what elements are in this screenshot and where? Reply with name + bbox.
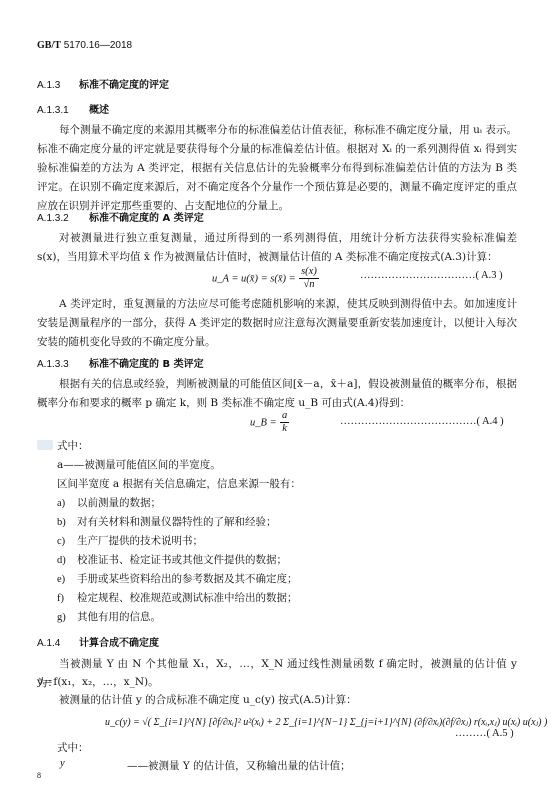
section-number: A.1.3.3 — [37, 359, 89, 370]
where-label: 式中： — [57, 740, 89, 755]
section-a14-heading: A.1.4计算合成不确定度 — [37, 634, 159, 649]
equation-a5: u_c(y) = √( Σ_{i=1}^{N} [∂f/∂xᵢ]² u²(xᵢ)… — [105, 717, 547, 728]
equation-label: ( A.5 ) — [487, 728, 514, 739]
equation-label: ( A.3 ) — [476, 270, 503, 281]
list-item: d)校准证书、检定证书或其他文件提供的数据； — [57, 552, 287, 567]
section-title: 标准不确定度的评定 — [79, 80, 169, 91]
section-a132-heading: A.1.3.2标准不确定度的 A 类评定 — [37, 209, 204, 224]
list-item: b)对有关材料和测量仪器特性的了解和经验； — [57, 514, 277, 529]
section-a133-heading: A.1.3.3标准不确定度的 B 类评定 — [37, 355, 204, 370]
list-item: e)手册或某些资料给出的参考数据及其不确定度； — [57, 571, 298, 586]
paragraph-type-a: 对被测量进行独立重复测量，通过所得到的一系列测得值，用统计分析方法获得实验标准偏… — [37, 229, 517, 267]
equation-a3: u_A = u(x̄) = s(x̄) = s(x)√n — [212, 266, 319, 291]
list-marker: f) — [57, 593, 77, 604]
denominator: k — [280, 423, 289, 435]
leader-dots: ………………………………… — [340, 416, 477, 427]
variable-a-definition: a——被测量可能值区间的半宽度。 — [57, 457, 221, 472]
section-number: A.1.3.1 — [37, 105, 89, 116]
list-text: 生产厂提供的技术说明书； — [77, 535, 203, 547]
section-title: 标准不确定度的 B 类评定 — [89, 359, 204, 370]
interval-sources-intro: 区间半宽度 a 根据有关信息确定，信息来源一般有： — [57, 476, 301, 491]
list-text: 以前测量的数据； — [77, 497, 161, 509]
numerator: s(x) — [299, 266, 319, 279]
list-text: 手册或某些资料给出的参考数据及其不确定度； — [77, 573, 298, 585]
paragraph-type-a-notes: A 类评定时，重复测量的方法应尽可能考虑随机影响的来源，使其反映到测得值中去。如… — [37, 295, 517, 352]
section-a13-heading: A.1.3标准不确定度的评定 — [37, 76, 169, 91]
watermark-logo — [37, 440, 53, 450]
fraction: s(x)√n — [299, 266, 319, 291]
equation-lhs: u_A = u(x̄) = s(x̄) = — [212, 274, 296, 285]
paragraph-combined-formula-intro: 被测量的估计值 y 的合成标准不确定度 u_c(y) 按式(A.5)计算： — [59, 692, 357, 707]
variable-y-definition: ——被测量 Y 的估计值，又称输出量的估计值； — [127, 758, 351, 773]
paragraph-overview: 每个测量不确定度的来源用其概率分布的标准偏差估计值表征，称标准不确定度分量，用 … — [37, 121, 517, 216]
list-marker: g) — [57, 612, 77, 623]
equation-a3-number: ……………………………( A.3 ) — [360, 270, 503, 281]
list-item: c)生产厂提供的技术说明书； — [57, 533, 203, 548]
denominator: √n — [299, 279, 319, 291]
list-item: a)以前测量的数据； — [57, 495, 161, 510]
equation-lhs: u_B = — [250, 418, 277, 429]
std-prefix: GB/T — [37, 40, 61, 51]
page-number: 8 — [37, 771, 41, 780]
section-number: A.1.3.2 — [37, 213, 89, 224]
list-text: 校准证书、检定证书或其他文件提供的数据； — [77, 554, 287, 566]
variable-y-symbol: y — [60, 758, 65, 769]
list-marker: c) — [57, 536, 77, 547]
section-title: 标准不确定度的 A 类评定 — [89, 213, 204, 224]
measurement-function: y＝f(x₁，x₂，…，x_N)。 — [37, 674, 159, 689]
list-text: 检定规程、校准规范或测试标准中给出的数据； — [77, 592, 298, 604]
section-title: 概述 — [89, 105, 109, 116]
equation-a5-number: ………( A.5 ) — [455, 728, 514, 739]
standard-header: GB/T 5170.16—2018 — [37, 40, 132, 51]
fraction: ak — [280, 410, 289, 435]
section-a131-heading: A.1.3.1概述 — [37, 101, 109, 116]
paragraph-type-b: 根据有关的信息或经验，判断被测量的可能值区间[x̄－a，x̄＋a]，假设被测量值… — [37, 375, 517, 413]
list-marker: e) — [57, 574, 77, 585]
equation-a4-number: …………………………………( A.4 ) — [340, 416, 504, 427]
list-text: 其他有用的信息。 — [77, 611, 161, 623]
equation-a4: u_B = ak — [250, 410, 289, 435]
list-marker: a) — [57, 498, 77, 509]
section-title: 计算合成不确定度 — [79, 638, 159, 649]
section-number: A.1.3 — [37, 80, 79, 91]
list-item: g)其他有用的信息。 — [57, 609, 161, 624]
list-text: 对有关材料和测量仪器特性的了解和经验； — [77, 516, 277, 528]
list-marker: d) — [57, 555, 77, 566]
section-number: A.1.4 — [37, 638, 79, 649]
where-label: 式中： — [57, 438, 89, 453]
std-number: 5170.16—2018 — [64, 40, 132, 51]
list-marker: b) — [57, 517, 77, 528]
leader-dots: ……… — [455, 728, 487, 739]
numerator: a — [280, 410, 289, 423]
list-item: f)检定规程、校准规范或测试标准中给出的数据； — [57, 590, 298, 605]
equation-label: ( A.4 ) — [477, 416, 504, 427]
leader-dots: …………………………… — [360, 270, 476, 281]
